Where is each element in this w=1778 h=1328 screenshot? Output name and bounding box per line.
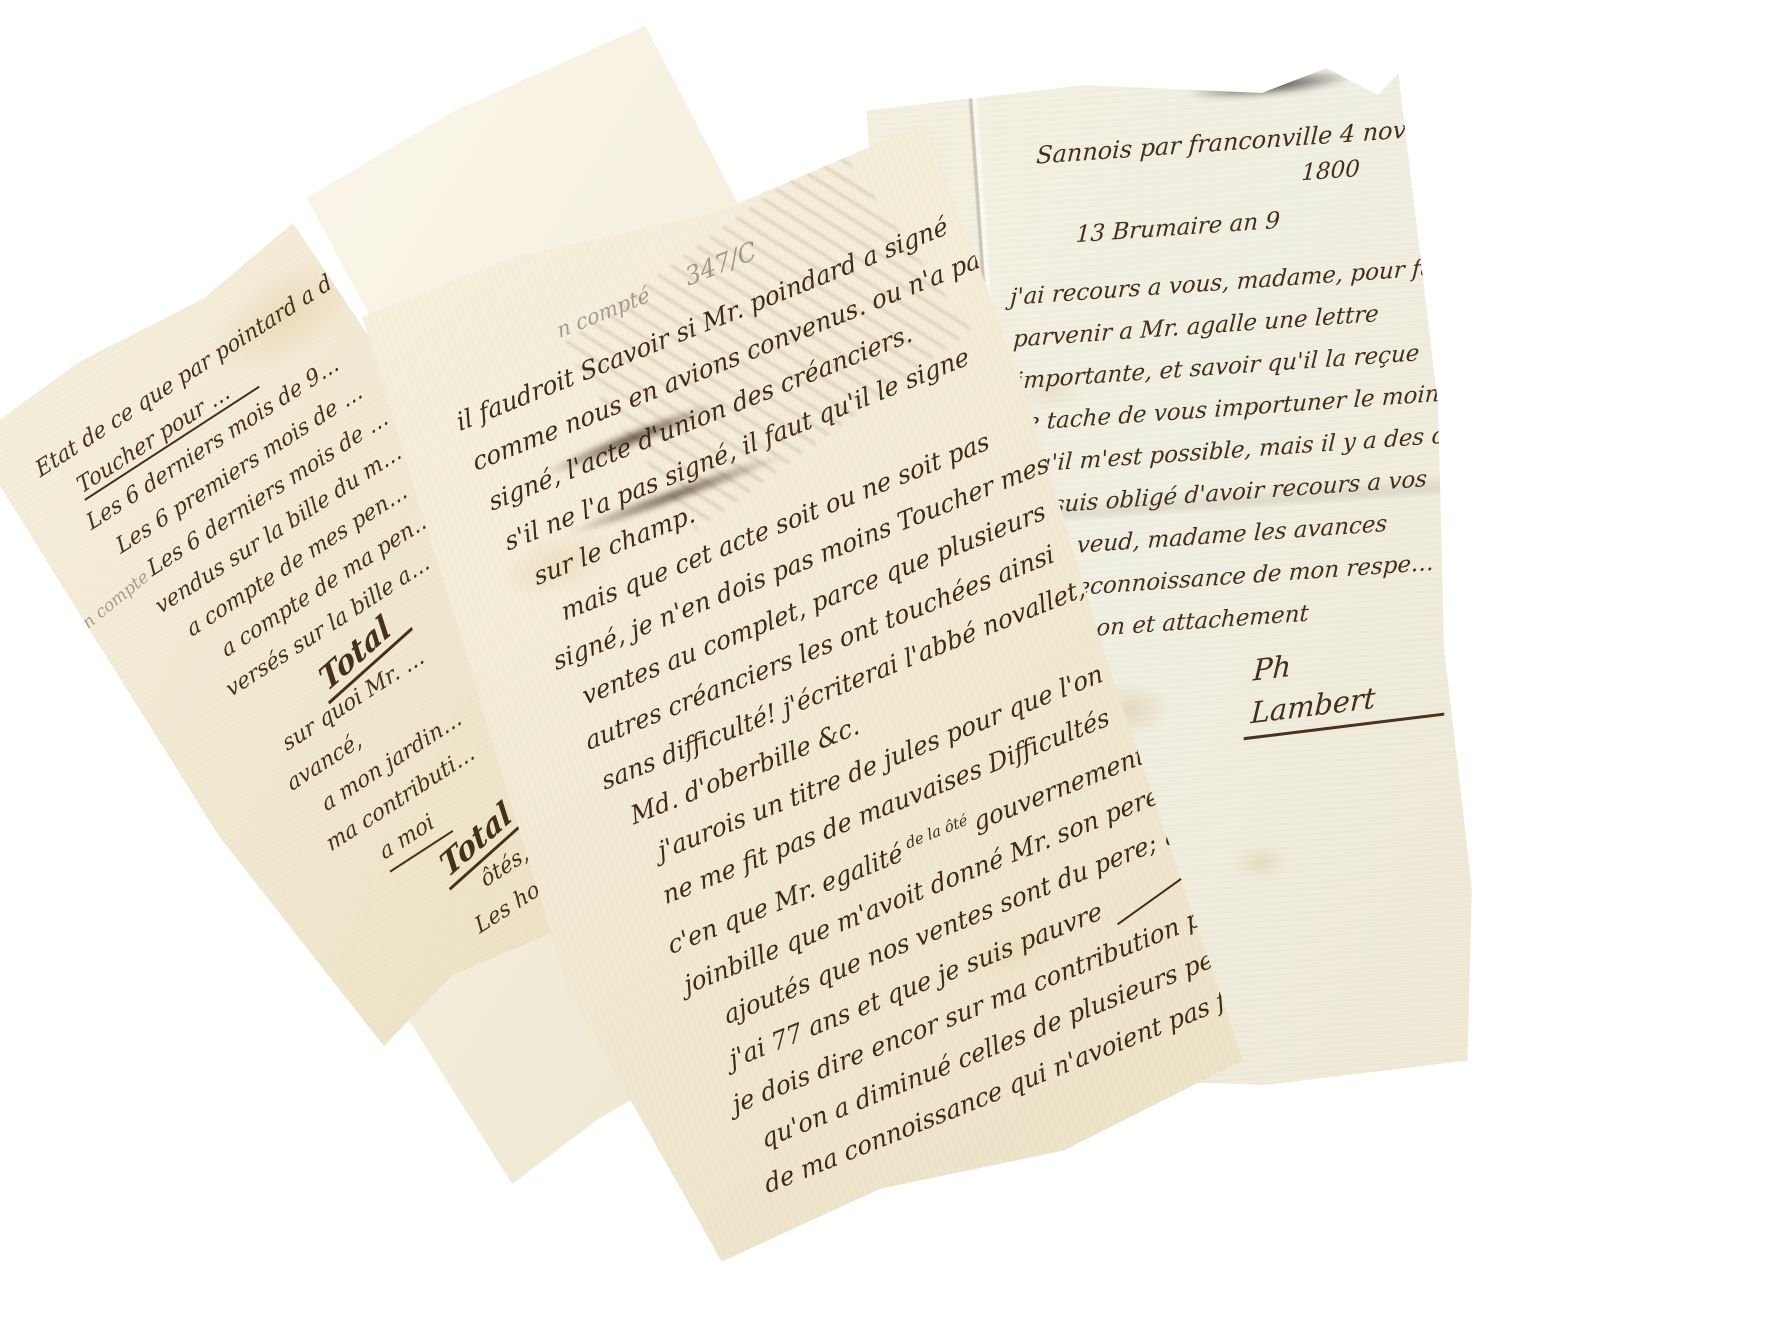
interlinear-insertion: de la ôté xyxy=(904,811,970,853)
ink-stain xyxy=(1185,65,1356,105)
year-line: 1800 xyxy=(1301,150,1414,188)
photo-of-handwritten-letters: n compte Etat de ce que par pointard a d… xyxy=(0,0,1778,1328)
signature: Ph Lambert xyxy=(1244,625,1449,740)
republican-date-line: 13 Brumaire an 9 xyxy=(1075,190,1418,256)
